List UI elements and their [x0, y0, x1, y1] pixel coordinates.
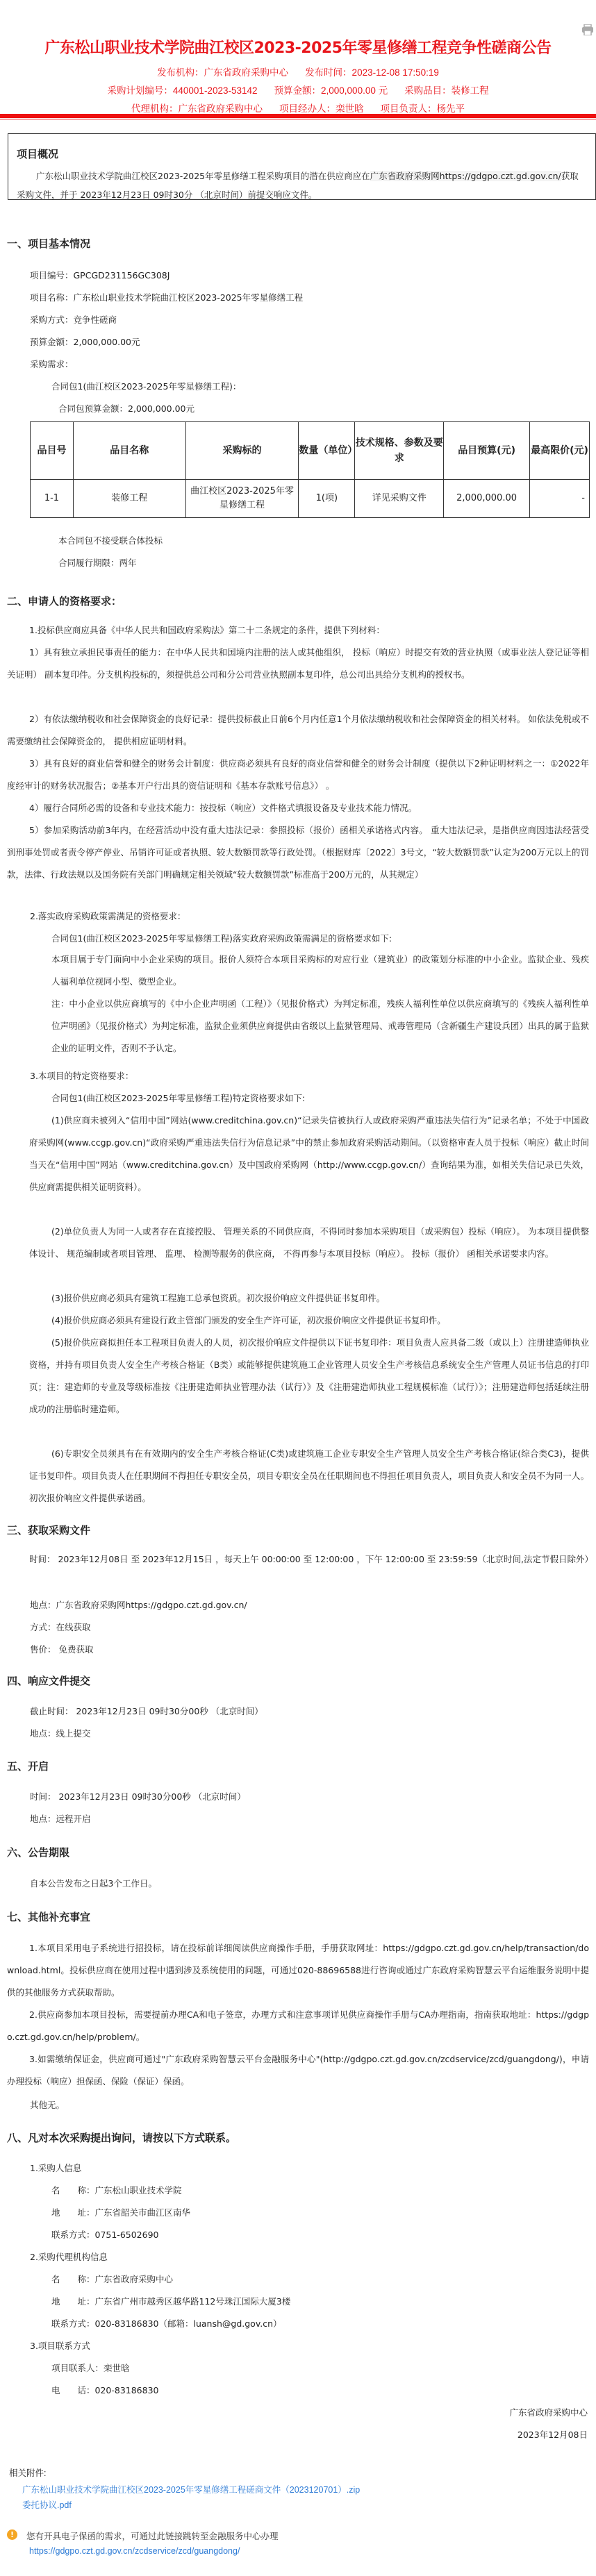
section-7-heading: 七、其他补充事宜	[7, 1909, 90, 1924]
s2-p2-c: 注：中小企业以供应商填写的《中小企业声明函（工程）》（见报价格式）为判定标准，残…	[51, 993, 589, 1060]
buyer-addr: 地 址：广东省韶关市曲江区南华	[51, 2206, 190, 2218]
section-5-heading: 五、开启	[7, 1759, 49, 1773]
agency: 代理机构：广东省政府采购中心	[131, 103, 263, 114]
budget-amount: 预算金额：2,000,000.00元	[30, 335, 140, 348]
s2-p3-2: (2)单位负责人为同一人或者存在直接控股、 管理关系的不同供应商，不得同时参加本…	[29, 1221, 589, 1265]
s2-p3-a: 合同包1(曲江校区2023-2025年零星修缮工程)特定资格要求如下:	[51, 1092, 305, 1104]
package-budget: 合同包预算金额：2,000,000.00元	[58, 402, 194, 415]
publisher: 发布机构：广东省政府采购中心	[157, 67, 288, 78]
section-3-heading: 三、获取采购文件	[7, 1523, 90, 1537]
s7-p4: 其他无。	[30, 2098, 65, 2111]
overview-text: 广东松山职业技术学院曲江校区2023-2025年零星修缮工程采购项目的潜在供应商…	[17, 167, 587, 204]
overview-heading: 项目概况	[17, 147, 587, 161]
agency-name: 名 称：广东省政府采购中心	[51, 2273, 173, 2285]
s2-p1-5: 5）参加采购活动前3年内，在经营活动中没有重大违法记录：参照投标（报价）函相关承…	[7, 819, 589, 886]
s2-p3-1: (1)供应商未被列入“信用中国”网站(www.creditchina.gov.c…	[29, 1110, 589, 1198]
procurement-method: 采购方式：竞争性磋商	[30, 313, 117, 326]
s7-p2: 2.供应商参加本项目投标，需要提前办理CA和电子签章，办理方式和注意事项详见供应…	[7, 2004, 589, 2048]
agency-contact: 联系方式：020-83186830（邮箱：luansh@gd.gov.cn）	[51, 2317, 282, 2330]
divider	[0, 119, 596, 119]
buyer-name: 名 称：广东松山职业技术学院	[51, 2184, 182, 2196]
attachment-zip-link[interactable]: 广东松山职业技术学院曲江校区2023-2025年零星修缮工程磋商文件（20231…	[22, 2483, 360, 2495]
publish-time: 发布时间：2023-12-08 17:50:19	[305, 67, 439, 78]
s2-p3-4: (4)报价供应商必须具有建设行政主管部门颁发的安全生产许可证，初次报价响应文件提…	[29, 1310, 589, 1332]
s3-place: 地点：广东省政府采购网https://gdgpo.czt.gd.gov.cn/	[30, 1598, 247, 1611]
page-title: 广东松山职业技术学院曲江校区2023-2025年零星修缮工程竞争性磋商公告	[0, 36, 596, 58]
project-title: 3.项目联系方式	[30, 2339, 90, 2352]
plan-no: 采购计划编号：440001-2023-53142	[107, 85, 257, 96]
s2-p1-1: 1）具有独立承担民事责任的能力：在中华人民共和国境内注册的法人或其他组织， 投标…	[7, 642, 589, 686]
section-6-heading: 六、公告期限	[7, 1845, 69, 1859]
no-consortium: 本合同包不接受联合体投标	[58, 534, 163, 546]
section-1-heading: 一、项目基本情况	[7, 236, 90, 251]
s2-p1: 1.投标供应商应具备《中华人民共和国政府采购法》第二十二条规定的条件，提供下列材…	[7, 619, 589, 642]
s2-p1-2: 2）有依法缴纳税收和社会保障资金的良好记录：提供投标截止日前6个月内任意1个月依…	[7, 708, 589, 753]
s7-p3: 3.如需缴纳保证金，供应商可通过"广东政府采购智慧云平台金融服务中心"(http…	[7, 2048, 589, 2093]
sign-date: 2023年12月08日	[518, 2428, 588, 2441]
budget: 预算金额：2,000,000.00 元	[274, 85, 388, 96]
s2-p1-3: 3）具有良好的商业信誉和健全的财务会计制度：供应商必须具有良好的商业信誉和健全的…	[7, 753, 589, 797]
s4-place: 地点：线上提交	[30, 1727, 91, 1739]
divider	[0, 114, 596, 118]
project-name: 项目名称：广东松山职业技术学院曲江校区2023-2025年零星修缮工程	[30, 291, 303, 303]
procurement-need: 采购需求：	[30, 358, 74, 370]
section-4-heading: 四、响应文件提交	[7, 1673, 90, 1688]
s2-p2-b: 本项目属于专门面向中小企业采购的项目。报价人须符合本项目采购标的对应行业（建筑业…	[51, 948, 589, 993]
s2-p2-a: 合同包1(曲江校区2023-2025年零星修缮工程)落实政府采购政策需满足的资格…	[51, 932, 392, 944]
s2-p2: 2.落实政府采购政策需满足的资格要求：	[30, 910, 185, 922]
contract-term: 合同履行期限：两年	[58, 556, 137, 569]
s2-p3-5: (5)报价供应商拟担任本工程项目负责人的人员，初次报价响应文件提供以下证书复印件…	[29, 1332, 589, 1421]
sign-org: 广东省政府采购中心	[509, 2406, 588, 2418]
project-phone: 电 话：020-83186830	[51, 2384, 159, 2396]
printer-icon[interactable]	[581, 24, 594, 35]
s3-price: 售价： 免费获取	[30, 1643, 93, 1655]
notice-link[interactable]: https://gdgpo.czt.gd.gov.cn/zcdservice/z…	[29, 2546, 240, 2556]
agency-addr: 地 址：广东省广州市越秀区越华路112号珠江国际大厦3楼	[51, 2295, 290, 2307]
manager: 项目负责人：杨先平	[381, 103, 465, 114]
notice-text: 您有开具电子保函的需求，可通过此链接跳转至金融服务中心办理	[26, 2529, 279, 2542]
s2-p3: 3.本项目的特定资格要求：	[30, 1069, 133, 1082]
agency-title: 2.采购代理机构信息	[30, 2250, 108, 2263]
s2-p3-6: (6)专职安全员须具有在有效期内的安全生产考核合格证(C类)或建筑施工企业专职安…	[29, 1443, 589, 1509]
buyer-title: 1.采购人信息	[30, 2161, 81, 2174]
s5-place: 地点：远程开启	[30, 1812, 91, 1825]
gdgpo-link[interactable]: 广东省政府采购网https://gdgpo.czt.gd.gov.cn/	[370, 171, 561, 181]
s3-time: 时间： 2023年12月08日 至 2023年12月15日 ，每天上午 00:0…	[7, 1548, 589, 1571]
category: 采购品目：装修工程	[404, 85, 489, 96]
meta-row-3: 代理机构：广东省政府采购中心项目经办人：栾世晗项目负责人：杨先平	[0, 101, 596, 115]
meta-row-1: 发布机构：广东省政府采购中心发布时间：2023-12-08 17:50:19	[0, 65, 596, 78]
handler: 项目经办人：栾世晗	[279, 103, 364, 114]
items-table: 品目号 品目名称 采购标的 数量（单位） 技术规格、参数及要求 品目预算(元) …	[30, 421, 590, 518]
s3-way: 方式：在线获取	[30, 1621, 91, 1633]
section-2-heading: 二、申请人的资格要求：	[7, 594, 122, 608]
table-row: 1-1 装修工程 曲江校区2023-2025年零星修缮工程 1(项) 详见采购文…	[31, 480, 590, 518]
s6-text: 自本公告发布之日起3个工作日。	[30, 1877, 157, 1889]
s4-deadline: 截止时间： 2023年12月23日 09时30分00秒 （北京时间）	[30, 1705, 263, 1717]
s5-time: 时间： 2023年12月23日 09时30分00秒 （北京时间）	[30, 1790, 246, 1803]
warning-icon: !	[7, 2529, 17, 2540]
project-person: 项目联系人：栾世晗	[51, 2361, 130, 2374]
s7-p1: 1.本项目采用电子系统进行招投标，请在投标前详细阅读供应商操作手册，手册获取网址…	[7, 1937, 589, 2004]
buyer-contact: 联系方式：0751-6502690	[51, 2228, 159, 2241]
section-8-heading: 八、凡对本次采购提出询问，请按以下方式联系。	[7, 2130, 236, 2145]
attachments-label: 相关附件:	[9, 2466, 46, 2479]
table-header: 品目号 品目名称 采购标的 数量（单位） 技术规格、参数及要求 品目预算(元) …	[31, 422, 590, 480]
s2-p3-3: (3)报价供应商必须具有建筑工程施工总承包资质。初次报价响应文件提供证书复印件。	[29, 1287, 589, 1310]
project-no: 项目编号：GPCGD231156GC308J	[30, 269, 169, 281]
meta-row-2: 采购计划编号：440001-2023-53142预算金额：2,000,000.0…	[0, 83, 596, 97]
attachment-pdf-link[interactable]: 委托协议.pdf	[22, 2498, 72, 2511]
package-title: 合同包1(曲江校区2023-2025年零星修缮工程)：	[51, 380, 241, 392]
overview-box: 项目概况 广东松山职业技术学院曲江校区2023-2025年零星修缮工程采购项目的…	[8, 133, 596, 200]
s2-p1-4: 4）履行合同所必需的设备和专业技术能力：按投标（响应）文件格式填报设备及专业技术…	[7, 797, 589, 819]
